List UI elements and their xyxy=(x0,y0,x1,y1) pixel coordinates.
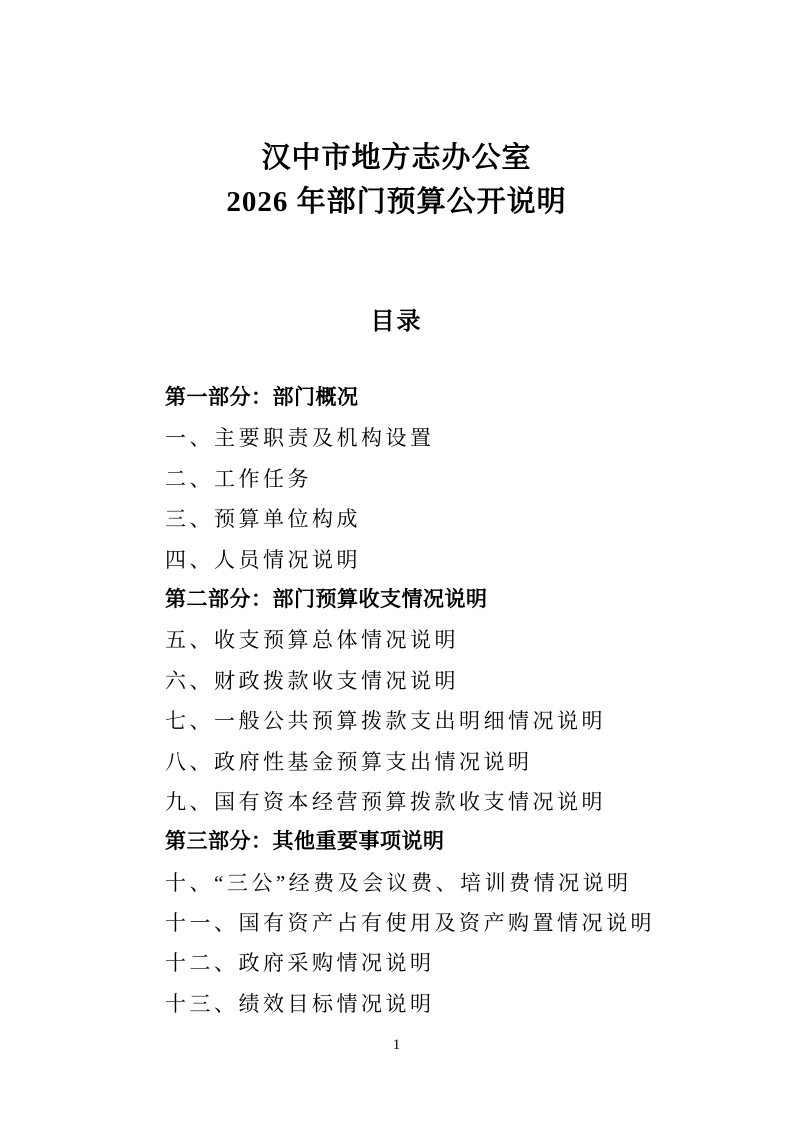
toc-entry-11: 十一、国有资产占有使用及资产购置情况说明 xyxy=(165,903,738,943)
toc-heading: 目录 xyxy=(0,306,793,338)
toc-entry-10: 十、“三公”经费及会议费、培训费情况说明 xyxy=(165,863,738,903)
toc-entry-2: 二、工作任务 xyxy=(165,459,738,499)
toc-entry-8: 八、政府性基金预算支出情况说明 xyxy=(165,742,738,782)
document-title-line-1: 汉中市地方志办公室 xyxy=(0,136,793,180)
document-page: 汉中市地方志办公室 2026 年部门预算公开说明 目录 第一部分：部门概况 一、… xyxy=(0,0,793,1122)
toc-entry-5: 五、收支预算总体情况说明 xyxy=(165,620,738,660)
toc-entry-1: 一、主要职责及机构设置 xyxy=(165,418,738,458)
toc-entry-3: 三、预算单位构成 xyxy=(165,499,738,539)
toc-entry-7: 七、一般公共预算拨款支出明细情况说明 xyxy=(165,701,738,741)
toc-entry-12: 十二、政府采购情况说明 xyxy=(165,943,738,983)
toc-list: 第一部分：部门概况 一、主要职责及机构设置 二、工作任务 三、预算单位构成 四、… xyxy=(165,378,738,1024)
toc-section-part1: 第一部分：部门概况 xyxy=(165,378,738,418)
page-number: 1 xyxy=(0,1036,793,1054)
document-title-block: 汉中市地方志办公室 2026 年部门预算公开说明 xyxy=(0,136,793,224)
toc-section-part2: 第二部分：部门预算收支情况说明 xyxy=(165,580,738,620)
document-title-line-2: 2026 年部门预算公开说明 xyxy=(0,180,793,224)
toc-entry-4: 四、人员情况说明 xyxy=(165,540,738,580)
toc-entry-13: 十三、绩效目标情况说明 xyxy=(165,984,738,1024)
toc-entry-9: 九、国有资本经营预算拨款收支情况说明 xyxy=(165,782,738,822)
toc-section-part3: 第三部分：其他重要事项说明 xyxy=(165,822,738,862)
toc-entry-6: 六、财政拨款收支情况说明 xyxy=(165,661,738,701)
